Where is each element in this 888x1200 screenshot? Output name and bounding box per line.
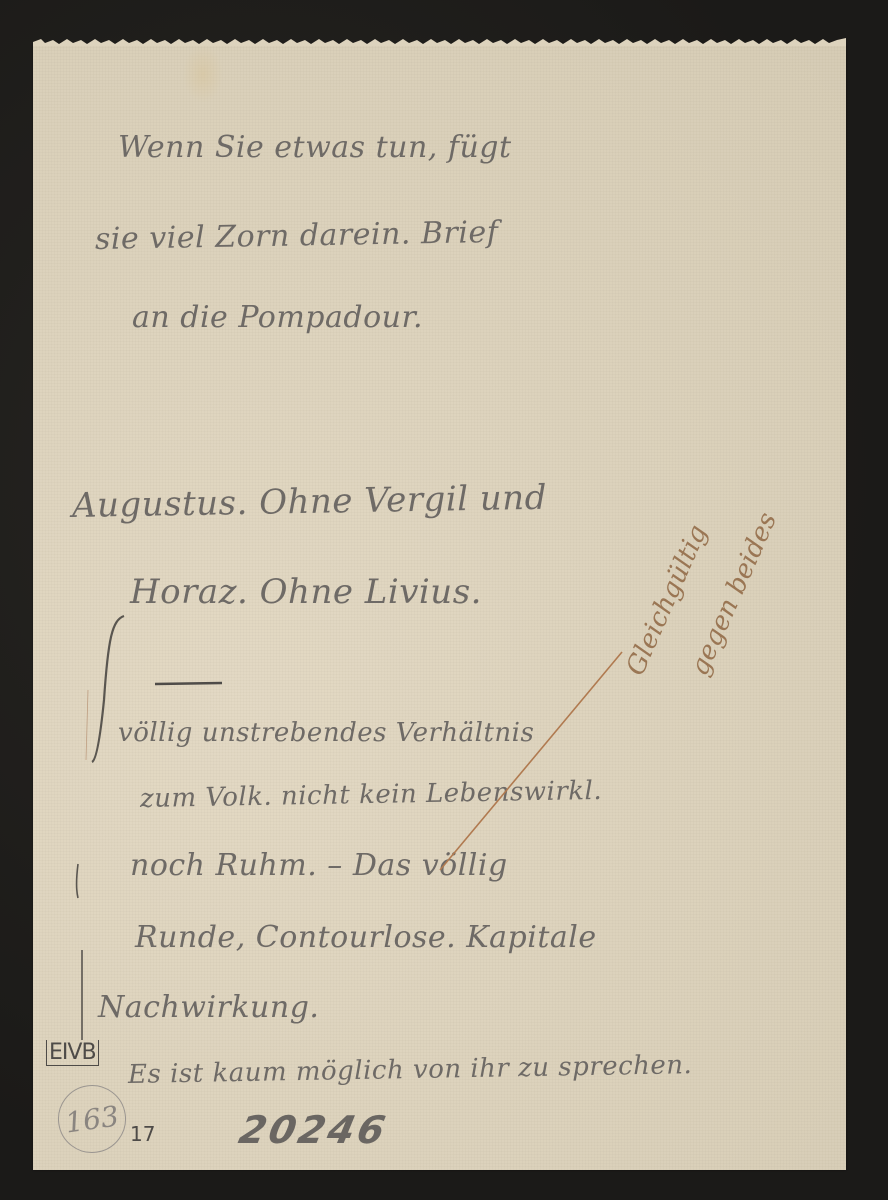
shelf-number: 20246 xyxy=(235,1108,392,1152)
scan-background: Wenn Sie etwas tun, fügt sie viel Zorn d… xyxy=(0,0,888,1200)
folio-number: 17 xyxy=(130,1122,155,1146)
handwritten-line-1: Wenn Sie etwas tun, fügt xyxy=(118,130,512,165)
handwritten-line-2: sie viel Zorn darein. Brief xyxy=(95,215,499,257)
handwritten-line-8: noch Ruhm. – Das völlig xyxy=(130,848,508,883)
handwritten-line-10: Nachwirkung. xyxy=(98,990,319,1025)
handwritten-line-6: völlig unstrebendes Verhältnis xyxy=(118,718,534,748)
handwritten-line-9: Runde, Contourlose. Kapitale xyxy=(135,920,597,955)
handwritten-line-5: Horaz. Ohne Livius. xyxy=(130,572,482,612)
handwritten-line-3: an die Pompadour. xyxy=(132,300,423,335)
collection-mark: EIVB xyxy=(46,1040,99,1065)
paper-stain xyxy=(183,44,223,104)
perforated-edge xyxy=(33,38,846,46)
handwritten-line-4: Augustus. Ohne Vergil und xyxy=(72,478,548,526)
